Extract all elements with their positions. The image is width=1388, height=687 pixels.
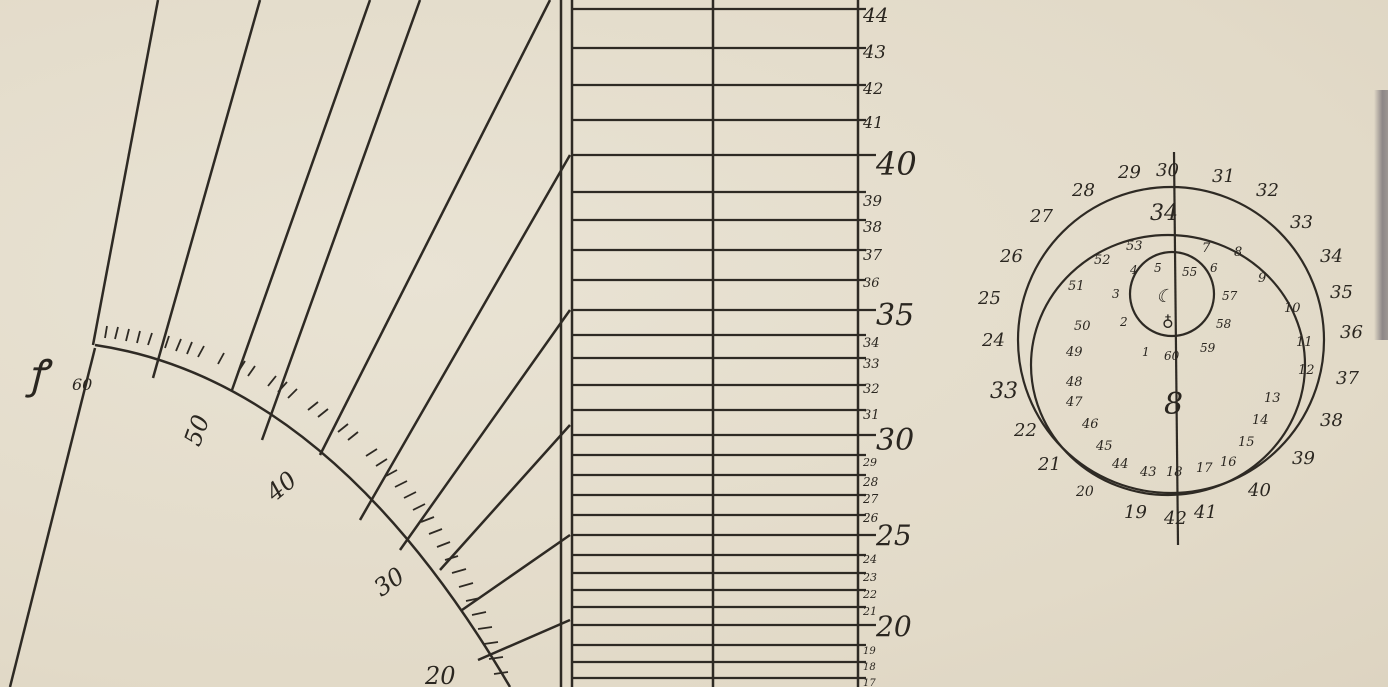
moon-symbol-icon: ☾ [1156,286,1172,307]
outer-label: 27 [1029,206,1053,227]
outer-label: 40 [1247,480,1271,501]
middle-label: 51 [1068,279,1085,294]
inner-label: 55 [1182,265,1197,279]
middle-label: 44 [1111,457,1129,472]
scale-label: 31 [863,408,880,423]
middle-label: 9 [1258,271,1266,286]
outer-label: 31 [1212,166,1235,187]
earth-symbol-icon: ♁ [1162,311,1174,330]
middle-label: 10 [1284,301,1301,316]
outer-label: 34 [1320,246,1343,267]
middle-label: 14 [1252,413,1269,428]
outer-label: 35 [1330,282,1353,303]
scale-table-rows [572,9,876,678]
outer-label: 19 [1124,502,1147,523]
outer-label: 24 [981,330,1005,351]
page-edge-shadow [1374,90,1388,340]
scale-label: 18 [863,662,876,673]
middle-label: 49 [1065,345,1083,360]
scale-label: 37 [863,246,883,264]
inner-label: 4 [1129,263,1138,277]
middle-label: 13 [1264,391,1281,406]
scale-label: 28 [862,475,879,489]
outer-label: 25 [977,288,1001,309]
scale-label-major: 20 [875,610,912,643]
arc-label-50: 50 [179,411,216,449]
middle-label: 47 [1065,395,1083,410]
scale-label: 17 [863,678,876,687]
scale-label-major: 30 [876,423,914,458]
scale-label: 22 [862,588,877,601]
scale-label-major: 40 [875,145,917,183]
outer-label: 38 [1320,410,1343,431]
inner-label: 60 [1164,349,1180,363]
scale-label: 41 [862,113,883,132]
middle-label: 46 [1081,417,1099,432]
inner-label: 5 [1154,261,1162,275]
scale-table [561,0,858,687]
outer-label: 32 [1256,180,1279,201]
scale-label: 21 [862,605,877,618]
scale-labels: 44 43 42 41 40 39 38 37 36 35 34 33 32 3… [862,3,917,687]
scale-label: 44 [862,3,888,27]
quadrant-corner-value: 60 [72,375,92,394]
scale-label: 33 [863,357,880,372]
outer-label: 21 [1037,454,1061,475]
scale-label: 27 [862,492,879,506]
scale-label-major: 25 [875,519,912,552]
manuscript-page: ꝭ 60 50 40 30 20 [0,0,1388,687]
outer-label: 33 [1290,212,1313,233]
quadrant-corner-mark: ꝭ [25,352,53,398]
scale-label: 23 [862,571,877,584]
outer-label: 20 [1075,484,1094,500]
top-inner-label: 34 [1150,201,1178,226]
arc-ticks [105,326,508,674]
outer-label: 30 [1156,160,1179,181]
middle-label: 12 [1298,363,1315,378]
outer-label: 28 [1071,180,1095,201]
arc-label-30: 30 [369,562,410,602]
scale-label: 32 [863,382,880,397]
quadrant-arc [95,345,510,687]
outer-label: 26 [999,246,1023,267]
scale-label: 24 [862,553,877,566]
quadrant-radial-lines [10,0,570,687]
outer-label: 29 [1117,162,1141,183]
scale-label: 36 [863,276,880,291]
scale-label: 38 [863,218,882,236]
middle-label: 15 [1238,435,1255,450]
middle-label: 17 [1196,461,1213,476]
outer-label: 37 [1336,368,1359,389]
middle-label: 52 [1094,253,1111,268]
outer-label: 41 [1193,502,1217,523]
scale-label: 29 [862,456,877,469]
outer-label: 22 [1013,420,1037,441]
scale-label: 19 [863,646,876,657]
outer-label: 42 [1163,508,1187,529]
middle-label: 43 [1139,465,1157,480]
inner-label: 58 [1216,317,1232,331]
inner-label: 6 [1210,261,1218,275]
inner-label: 2 [1119,315,1128,329]
arc-label-40: 40 [260,466,302,508]
outer-label: 39 [1292,448,1315,469]
scale-label: 43 [862,42,886,63]
scale-label: 39 [863,192,883,210]
outer-label: 36 [1340,322,1363,343]
astronomical-diagram: ꝭ 60 50 40 30 20 [0,0,1388,687]
inner-label: 59 [1200,341,1216,355]
inner-label: 1 [1142,345,1150,359]
inner-label: 3 [1112,287,1120,301]
middle-label: 7 [1202,241,1211,256]
scale-label: 34 [863,336,880,351]
middle-label: 45 [1095,439,1113,454]
middle-label: 11 [1296,335,1313,350]
center-eight-symbol: 8 [1164,387,1183,422]
scale-label-major: 35 [876,298,914,333]
middle-label: 16 [1220,455,1237,470]
middle-label: 50 [1074,319,1091,334]
outer-label: 33 [990,379,1018,404]
scale-label: 42 [862,79,883,98]
middle-label: 8 [1234,245,1242,260]
middle-label: 48 [1065,375,1083,390]
middle-label: 53 [1126,239,1143,254]
inner-label: 57 [1222,289,1238,303]
middle-label: 18 [1166,465,1183,480]
arc-label-20: 20 [424,662,456,687]
